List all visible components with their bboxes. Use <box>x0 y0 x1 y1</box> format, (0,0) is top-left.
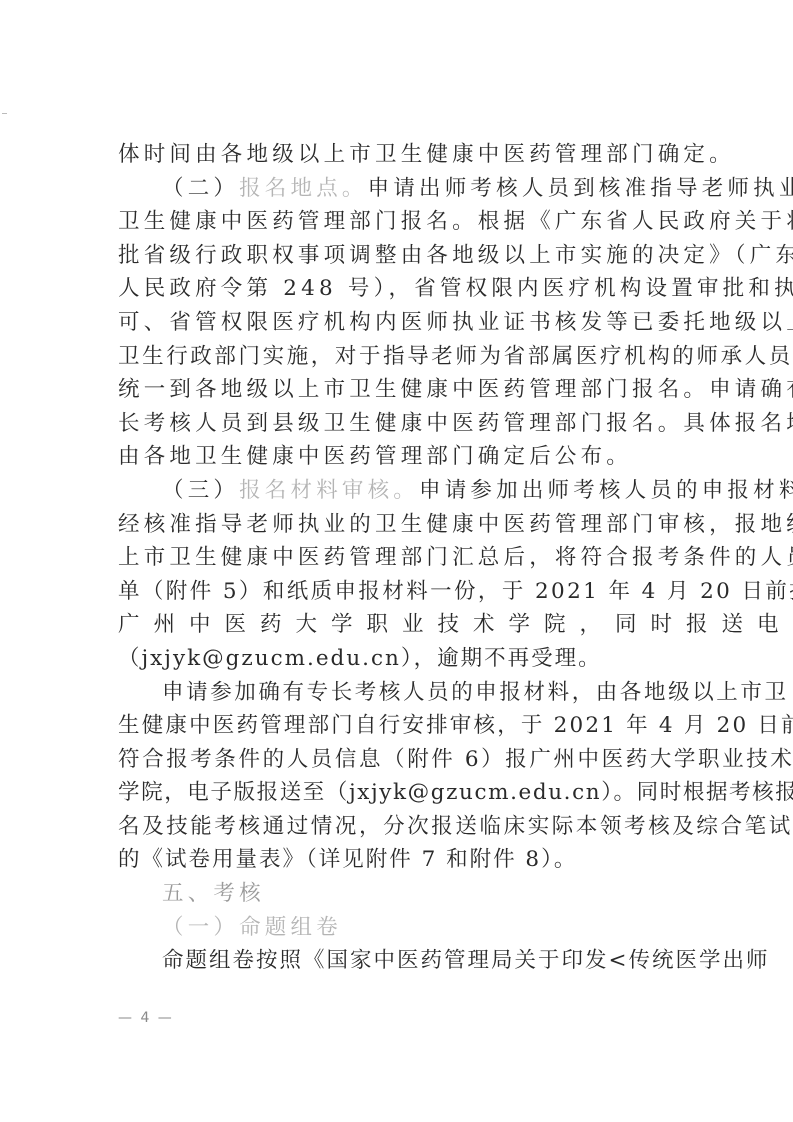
text-line: 长考核人员到县级卫生健康中医药管理部门报名。具体报名地点 <box>118 407 674 441</box>
text-line: 体时间由各地级以上市卫生健康中医药管理部门确定。 <box>118 138 674 172</box>
section-heading-registration-location: 报名地点。 <box>239 176 368 201</box>
text-line: （jxjyk@gzucm.edu.cn），逾期不再受理。 <box>118 642 674 676</box>
text-line: 名及技能考核通过情况，分次报送临床实际本领考核及综合笔试 <box>118 810 674 844</box>
text-line: 经核准指导老师执业的卫生健康中医药管理部门审核，报地级以 <box>118 508 674 542</box>
text-line: 的《试卷用量表》（详见附件 7 和附件 8）。 <box>118 843 674 877</box>
section-heading-material-review: 报名材料审核。 <box>239 478 419 503</box>
subsection-heading-exam-composition: （一）命题组卷 <box>118 911 674 945</box>
text-line: 命题组卷按照《国家中医药管理局关于印发<传统医学出师 <box>118 944 674 978</box>
section-body: 申请出师考核人员到核准指导老师执业的 <box>368 176 793 201</box>
text-line-section-2: （二）报名地点。申请出师考核人员到核准指导老师执业的 <box>118 172 674 206</box>
text-line: 统一到各地级以上市卫生健康中医药管理部门报名。申请确有专 <box>118 373 674 407</box>
section-heading-assessment: 五、考核 <box>118 877 674 911</box>
text-line: 可、省管权限医疗机构内医师执业证书核发等已委托地级以上市 <box>118 306 674 340</box>
section-prefix: （三） <box>162 478 239 503</box>
text-line-section-3: （三）报名材料审核。申请参加出师考核人员的申报材料， <box>118 474 674 508</box>
page-number: — 4 — <box>118 1010 174 1026</box>
margin-mark <box>2 113 7 114</box>
document-page: 体时间由各地级以上市卫生健康中医药管理部门确定。 （二）报名地点。申请出师考核人… <box>118 138 674 978</box>
text-line: 批省级行政职权事项调整由各地级以上市实施的决定》（广东省 <box>118 239 674 273</box>
text-line: 单（附件 5）和纸质申报材料一份，于 2021 年 4 月 20 日前报送 <box>118 575 674 609</box>
text-line: 申请参加确有专长考核人员的申报材料，由各地级以上市卫 <box>118 676 674 710</box>
text-line: 广州中医药大学职业技术学院，同时报送电子版 <box>118 608 674 642</box>
text-line: 由各地卫生健康中医药管理部门确定后公布。 <box>118 440 674 474</box>
section-body: 申请参加出师考核人员的申报材料， <box>419 478 793 503</box>
text-line: 学院，电子版报送至（jxjyk@gzucm.edu.cn）。同时根据考核报 <box>118 776 674 810</box>
text-line: 符合报考条件的人员信息（附件 6）报广州中医药大学职业技术 <box>118 743 674 777</box>
text-line: 生健康中医药管理部门自行安排审核，于 2021 年 4 月 20 日前将 <box>118 709 674 743</box>
text-line: 人民政府令第 248 号），省管权限内医疗机构设置审批和执业许 <box>118 272 674 306</box>
text-line: 上市卫生健康中医药管理部门汇总后，将符合报考条件的人员名 <box>118 541 674 575</box>
text-line: 卫生行政部门实施，对于指导老师为省部属医疗机构的师承人员， <box>118 340 674 374</box>
text-line: 卫生健康中医药管理部门报名。根据《广东省人民政府关于将一 <box>118 205 674 239</box>
section-prefix: （二） <box>162 176 239 201</box>
